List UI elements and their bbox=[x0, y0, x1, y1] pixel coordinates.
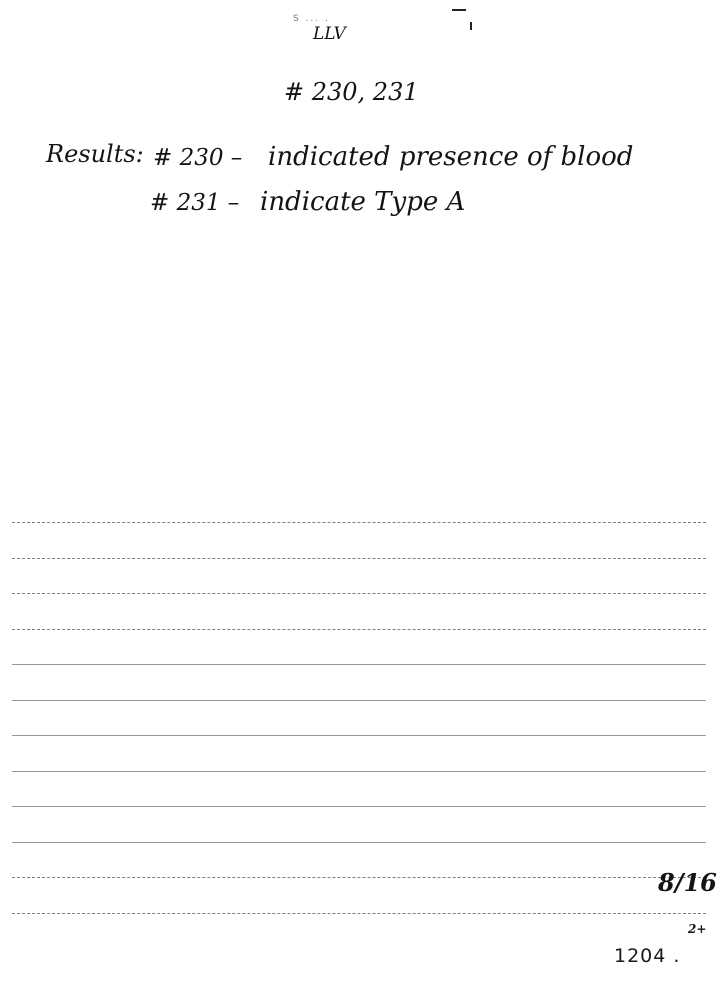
result-finding: indicate Type A bbox=[260, 187, 465, 217]
faint-header-text: S ... . bbox=[293, 14, 330, 24]
ruled-line bbox=[12, 558, 706, 559]
results-label: Results: bbox=[46, 140, 144, 168]
corner-dash-mark bbox=[452, 9, 466, 11]
initials-fraction: 8/16 bbox=[658, 868, 717, 897]
ruled-line bbox=[12, 700, 706, 701]
ruled-line bbox=[12, 629, 706, 630]
item-numbers-heading: # 230, 231 bbox=[284, 78, 419, 106]
top-handwritten-mark: LLV bbox=[313, 24, 346, 44]
result-item-number: # 230 – bbox=[153, 145, 242, 171]
ruled-line bbox=[12, 664, 706, 665]
ruled-line bbox=[12, 913, 706, 914]
ruled-line bbox=[12, 806, 706, 807]
ruled-line bbox=[12, 771, 706, 772]
ruled-line bbox=[12, 593, 706, 594]
ruled-line bbox=[12, 522, 706, 523]
result-finding: indicated presence of blood bbox=[268, 142, 633, 172]
ruled-line bbox=[12, 735, 706, 736]
superscript-note: 2+ bbox=[688, 922, 706, 936]
ruled-line bbox=[12, 842, 706, 843]
corner-tick-mark bbox=[470, 22, 472, 30]
page-number: 1204 . bbox=[614, 945, 680, 967]
result-item-number: # 231 – bbox=[150, 190, 239, 216]
ruled-line bbox=[12, 877, 706, 878]
